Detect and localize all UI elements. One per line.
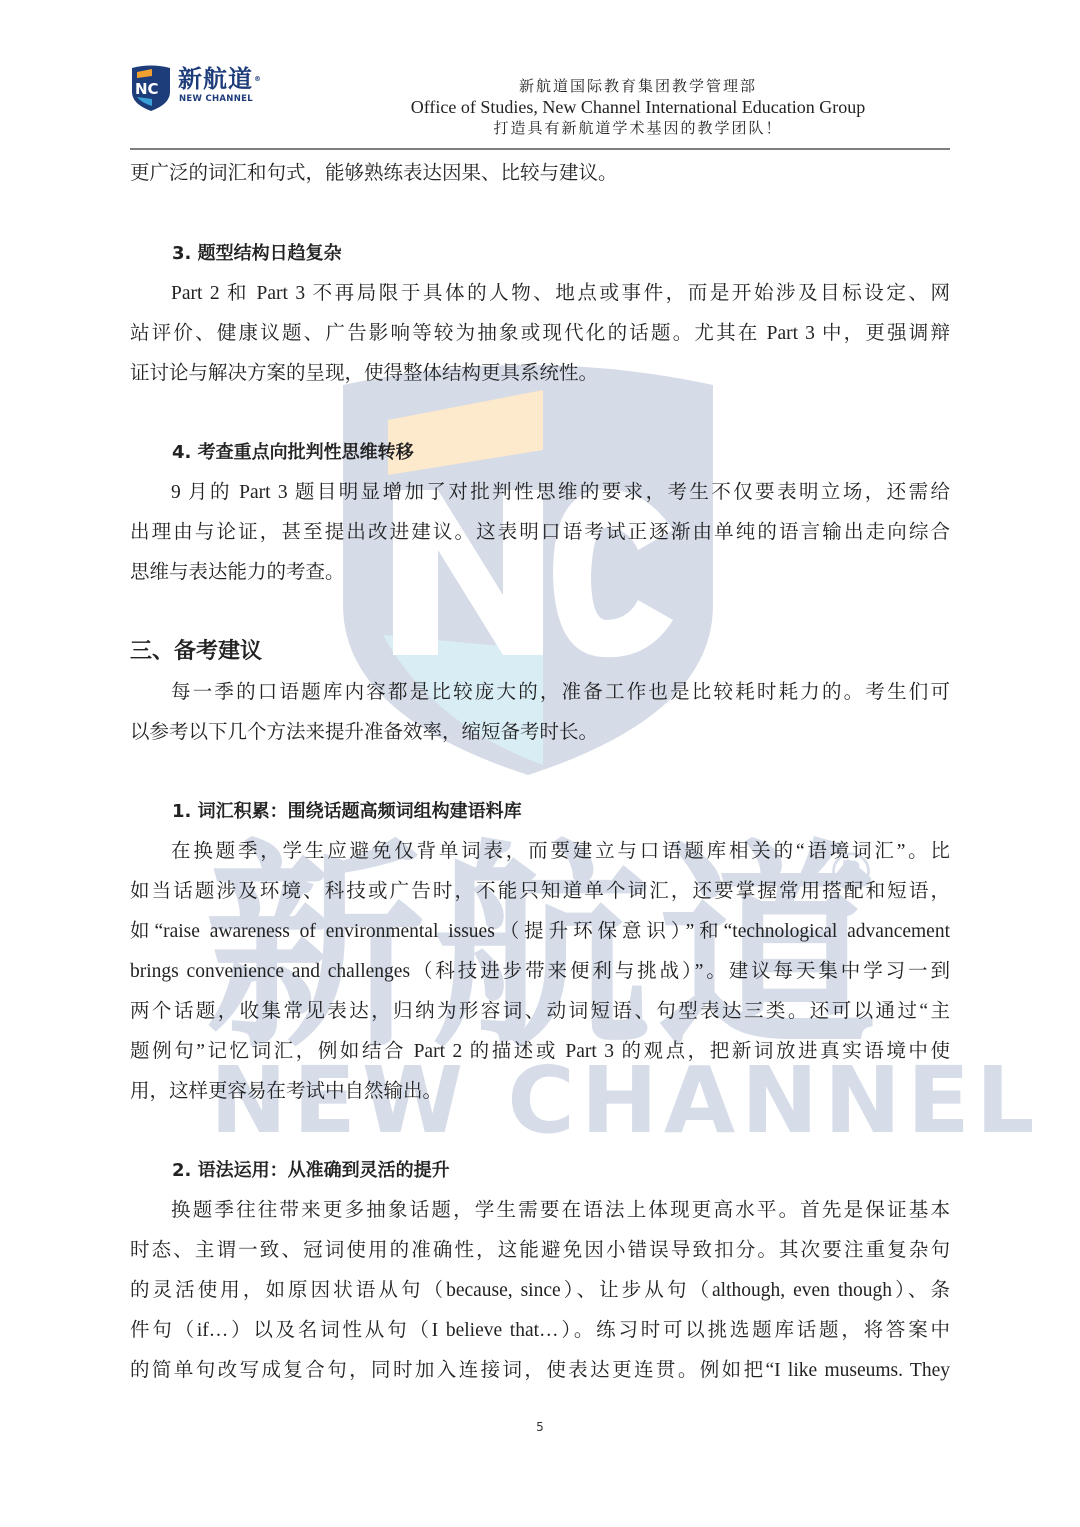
text-line: brings convenience and challenges（科技进步带来… (130, 952, 950, 992)
carry-over-paragraph: 更广泛的词汇和句式，能够熟练表达因果、比较与建议。 (130, 154, 950, 194)
tip-1-paragraph: 在换题季，学生应避免仅背单词表，而要建立与口语题库相关的“语境词汇”。比 如当话… (130, 832, 950, 1112)
text-line: 件句（if…）以及名词性从句（I believe that…）。练习时可以挑选题… (130, 1311, 950, 1351)
point-4-heading: 4. 考查重点向批判性思维转移 (172, 440, 414, 466)
text-line: Part 2 和 Part 3 不再局限于具体的人物、地点或事件，而是开始涉及目… (130, 274, 950, 314)
text-line: 站评价、健康议题、广告影响等较为抽象或现代化的话题。尤其在 Part 3 中，更… (130, 314, 950, 354)
text-line: 更广泛的词汇和句式，能够熟练表达因果、比较与建议。 (130, 154, 950, 194)
logo-en-name: NEW CHANNEL (179, 94, 253, 104)
nc-shield-icon: NC (130, 64, 172, 112)
point-3-paragraph: Part 2 和 Part 3 不再局限于具体的人物、地点或事件，而是开始涉及目… (130, 274, 950, 394)
tip-1-heading: 1. 词汇积累：围绕话题高频词组构建语料库 (172, 799, 522, 825)
text-line: 如当话题涉及环境、科技或广告时，不能只知道单个词汇，还要掌握常用搭配和短语， (130, 872, 950, 912)
slogan: 打造具有新航道学术基因的教学团队！ (330, 118, 946, 138)
text-line: 用，这样更容易在考试中自然输出。 (130, 1072, 950, 1112)
text-line: 每一季的口语题库内容都是比较庞大的，准备工作也是比较耗时耗力的。考生们可 (130, 673, 950, 713)
point-3-heading: 3. 题型结构日趋复杂 (172, 241, 342, 267)
page-number: 5 (0, 1420, 1080, 1434)
text-line: 时态、主谓一致、冠词使用的准确性，这能避免因小错误导致扣分。其次要注重复杂句 (130, 1231, 950, 1271)
text-line: 的灵活使用，如原因状语从句（because, since）、让步从句（altho… (130, 1271, 950, 1311)
page-header: NC 新航道® NEW CHANNEL 新航道国际教育集团教学管理部 Offic… (130, 60, 950, 152)
text-line: 换题季往往带来更多抽象话题，学生需要在语法上体现更高水平。首先是保证基本 (130, 1191, 950, 1231)
org-name-cn: 新航道国际教育集团教学管理部 (330, 76, 946, 96)
text-line: 思维与表达能力的考查。 (130, 553, 950, 593)
tip-2-heading: 2. 语法运用：从准确到灵活的提升 (172, 1158, 450, 1184)
header-divider (130, 148, 950, 150)
text-line: 如“raise awareness of environmental issue… (130, 912, 950, 952)
section-3-intro: 每一季的口语题库内容都是比较庞大的，准备工作也是比较耗时耗力的。考生们可 以参考… (130, 673, 950, 753)
text-line: 出理由与论证，甚至提出改进建议。这表明口语考试正逐渐由单纯的语言输出走向综合 (130, 513, 950, 553)
org-name-en: Office of Studies, New Channel Internati… (330, 96, 946, 118)
text-line: 以参考以下几个方法来提升准备效率，缩短备考时长。 (130, 713, 950, 753)
text-line: 证讨论与解决方案的呈现，使得整体结构更具系统性。 (130, 354, 950, 394)
new-channel-logo: NC 新航道® NEW CHANNEL (130, 64, 270, 110)
point-4-paragraph: 9 月的 Part 3 题目明显增加了对批判性思维的要求，考生不仅要表明立场，还… (130, 473, 950, 593)
header-titles: 新航道国际教育集团教学管理部 Office of Studies, New Ch… (330, 76, 946, 138)
text-line: 9 月的 Part 3 题目明显增加了对批判性思维的要求，考生不仅要表明立场，还… (130, 473, 950, 513)
logo-cn-name: 新航道® (178, 66, 262, 92)
text-line: 题例句”记忆词汇，例如结合 Part 2 的描述或 Part 3 的观点，把新词… (130, 1032, 950, 1072)
svg-text:NC: NC (135, 80, 159, 98)
text-line: 的简单句改写成复合句，同时加入连接词，使表达更连贯。例如把“I like mus… (130, 1351, 950, 1391)
text-line: 在换题季，学生应避免仅背单词表，而要建立与口语题库相关的“语境词汇”。比 (130, 832, 950, 872)
tip-2-paragraph: 换题季往往带来更多抽象话题，学生需要在语法上体现更高水平。首先是保证基本 时态、… (130, 1191, 950, 1391)
text-line: 两个话题，收集常见表达，归纳为形容词、动词短语、句型表达三类。还可以通过“主 (130, 992, 950, 1032)
section-3-heading: 三、备考建议 (130, 637, 262, 667)
